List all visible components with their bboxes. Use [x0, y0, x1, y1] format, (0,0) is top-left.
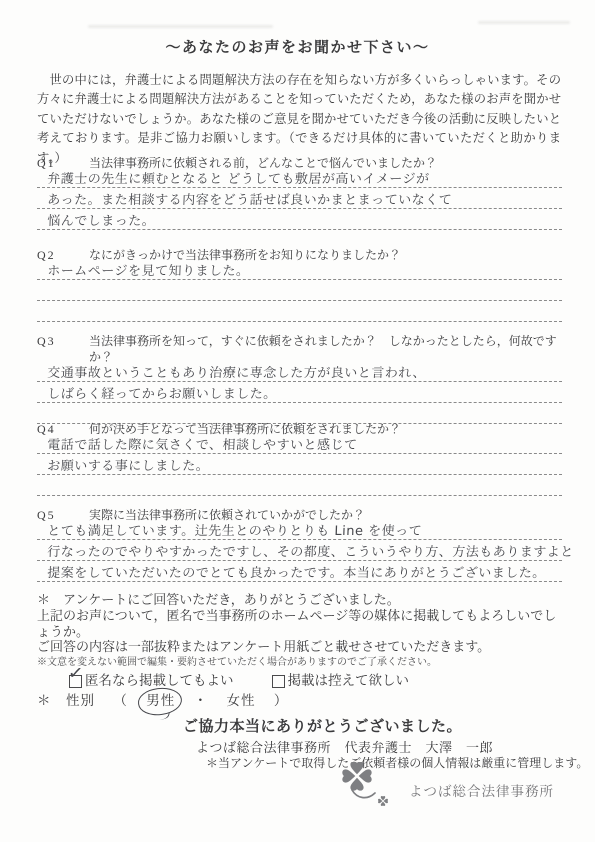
- answer-line: 弁護士の先生に頼むとなると どうしても敷居が高いイメージが: [37, 171, 562, 188]
- question-block-q3: Q3 当法律事務所を知って，すぐに依頼をされましたか？ しなかったとしたら，何故…: [37, 333, 562, 424]
- check-mark-icon: ✓: [67, 664, 84, 683]
- paren-open: （: [113, 693, 128, 708]
- answer-line: 交通事故ということもあり治療に専念した方が良いと言われ、: [37, 365, 562, 382]
- closing-thanks: ご協力本当にありがとうございました。: [183, 715, 462, 736]
- consent-option-label: 掲載は控えて欲しい: [288, 672, 410, 690]
- question-block-q1: Q1 当法律事務所に依頼される前，どんなことで悩んでいましたか？ 弁護士の先生に…: [37, 155, 562, 230]
- consent-options-row: ✓ 匿名なら掲載してもよい 掲載は控えて欲しい: [37, 672, 562, 690]
- consent-option-anonymous-ok: ✓ 匿名なら掲載してもよい: [69, 672, 234, 690]
- publish-detail: ご回答の内容は一部抜粋またはアンケート用紙ごと載せさせていただきます。: [37, 639, 562, 655]
- gender-row: ＊ 性別 （ 男性 ・ 女性 ）: [37, 692, 562, 710]
- checkbox-checked-icon: ✓: [69, 675, 82, 688]
- answer-line: とても満足しています。辻先生とのやりとりも Line を使って: [37, 523, 562, 540]
- handwritten-answer: 行なったのでやりやすかったですし、その都度、こういうやり方、方法もありますよと: [47, 541, 574, 560]
- handwritten-answer: あった。また相談する内容をどう話せば良いかまとまっていなくて: [47, 189, 453, 208]
- answer-line: [37, 280, 562, 301]
- edit-note: ※文意を変えない範囲で編集・要約させていただく場合がありますのでご了承ください。: [37, 656, 562, 669]
- four-leaf-clover-icon: [342, 762, 400, 812]
- handwritten-answer: 電話で話した際に気さくで、相談しやすいと感じて: [47, 434, 358, 453]
- question-label: Q3: [37, 333, 89, 365]
- answer-line: [37, 475, 562, 496]
- logo-firm-name: よつば総合法律事務所: [409, 780, 554, 800]
- answer-line: [37, 301, 562, 322]
- question-block-q4: Q4 何が決め手となって当法律事務所に依頼をされましたか？ 電話で話した際に気さ…: [37, 421, 562, 496]
- question-block-q5: Q5 実際に当法律事務所に依頼されていかがでしたか？ とても満足しています。辻先…: [37, 507, 562, 582]
- answer-line: 悩んでしまった。: [37, 209, 562, 230]
- question-block-q2: Q2 なにがきっかけで当法律事務所をお知りになりましたか？ ホームページを見て知…: [37, 247, 562, 322]
- page-title: ～あなたのお声をお聞かせ下さい～: [0, 36, 595, 57]
- scanned-survey-page: ～あなたのお声をお聞かせ下さい～ 世の中には，弁護士による問題解決方法の存在を知…: [0, 0, 595, 842]
- answer-line: 提案をしていただいたのでとても良かったです。本当にありがとうございました。: [37, 561, 562, 582]
- answer-line: あった。また相談する内容をどう話せば良いかまとまっていなくて: [37, 188, 562, 209]
- consent-option-decline: 掲載は控えて欲しい: [272, 672, 410, 690]
- scan-artifact: [478, 21, 570, 24]
- handwritten-answer: 交通事故ということもあり治療に専念した方が良いと言われ、: [47, 362, 426, 381]
- paren-close: ）: [274, 693, 289, 708]
- gender-option-male-selected: 男性: [146, 692, 175, 710]
- handwritten-answer: 提案をしていただいたのでとても良かったです。本当にありがとうございました。: [47, 562, 546, 581]
- handwritten-circle-tail: [157, 710, 170, 721]
- footer-notes: ＊ アンケートにご回答いただき，ありがとうございました。 上記のお声について，匿…: [37, 592, 562, 710]
- handwritten-answer: 悩んでしまった。: [47, 210, 156, 229]
- question-line: Q3 当法律事務所を知って，すぐに依頼をされましたか？ しなかったとしたら，何故…: [37, 333, 562, 365]
- answer-line: 行なったのでやりやすかったですし、その都度、こういうやり方、方法もありますよと: [37, 540, 562, 561]
- gender-label: ＊ 性別: [37, 693, 95, 708]
- thanks-note: ＊ アンケートにご回答いただき，ありがとうございました。: [37, 592, 562, 608]
- answer-line: ホームページを見て知りました。: [37, 263, 562, 280]
- handwritten-answer: とても満足しています。辻先生とのやりとりも Line を使って: [47, 520, 422, 539]
- publish-request: 上記のお声について，匿名で当事務所のホームページ等の媒体に掲載してもよろしいでし…: [37, 608, 562, 640]
- gender-option-female: 女性: [227, 693, 256, 708]
- handwritten-answer: お願いする事にしました。: [47, 455, 210, 474]
- intro-paragraph: 世の中には，弁護士による問題解決方法の存在を知らない方が多くいらっしゃいます。そ…: [37, 71, 561, 168]
- handwritten-answer: しばらく経ってからお願いしました。: [47, 383, 277, 402]
- answer-line: お願いする事にしました。: [37, 454, 562, 475]
- answer-line: 電話で話した際に気さくで、相談しやすいと感じて: [37, 437, 562, 454]
- handwritten-answer: ホームページを見て知りました。: [47, 260, 250, 279]
- handwritten-answer: 弁護士の先生に頼むとなると どうしても敷居が高いイメージが: [47, 168, 430, 187]
- answer-line: しばらく経ってからお願いしました。: [37, 382, 562, 403]
- checkbox-empty-icon: [272, 675, 285, 688]
- gender-separator: ・: [194, 693, 209, 708]
- scan-artifact: [88, 25, 273, 28]
- question-text: 当法律事務所を知って，すぐに依頼をされましたか？ しなかったとしたら，何故ですか…: [89, 333, 562, 365]
